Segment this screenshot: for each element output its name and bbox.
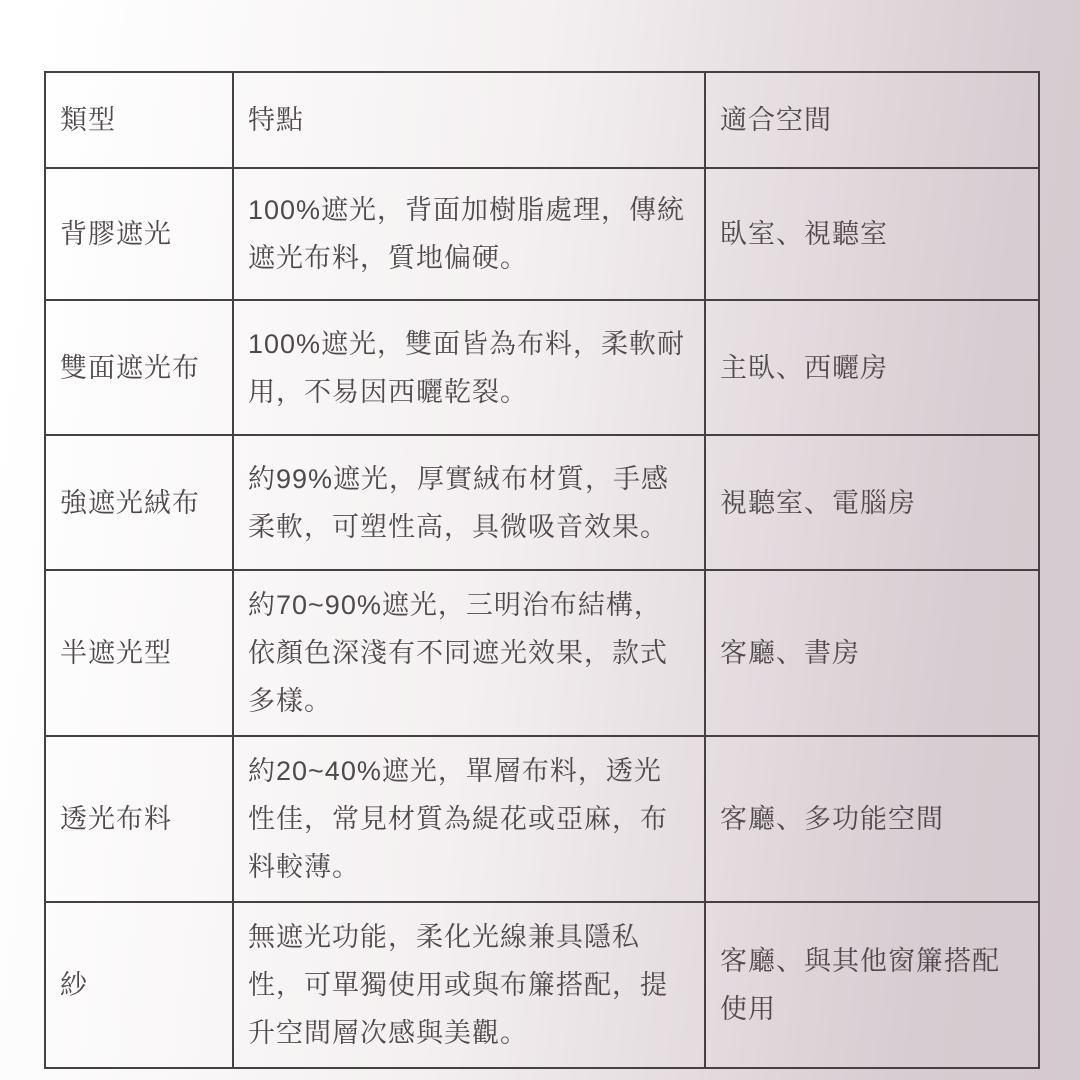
spaces-cell: 客廳、書房	[705, 570, 1039, 736]
features-cell: 約20~40%遮光，單層布料，透光性佳，常見材質為緹花或亞麻，布料較薄。	[233, 736, 705, 902]
type-cell: 背膠遮光	[45, 168, 233, 300]
spaces-cell: 客廳、多功能空間	[705, 736, 1039, 902]
type-cell: 強遮光絨布	[45, 435, 233, 570]
spaces-cell: 客廳、與其他窗簾搭配使用	[705, 902, 1039, 1068]
features-cell: 100%遮光，背面加樹脂處理，傳統遮光布料，質地偏硬。	[233, 168, 705, 300]
header-cell-spaces: 適合空間	[705, 72, 1039, 168]
type-cell: 透光布料	[45, 736, 233, 902]
type-cell: 雙面遮光布	[45, 300, 233, 435]
table-row: 透光布料 約20~40%遮光，單層布料，透光性佳，常見材質為緹花或亞麻，布料較薄…	[45, 736, 1039, 902]
features-cell: 約70~90%遮光，三明治布結構，依顏色深淺有不同遮光效果，款式多樣。	[233, 570, 705, 736]
header-cell-features: 特點	[233, 72, 705, 168]
spaces-cell: 臥室、視聽室	[705, 168, 1039, 300]
table-row: 強遮光絨布 約99%遮光，厚實絨布材質，手感柔軟，可塑性高，具微吸音效果。 視聽…	[45, 435, 1039, 570]
curtain-fabric-comparison-table: 類型 特點 適合空間 背膠遮光 100%遮光，背面加樹脂處理，傳統遮光布料，質地…	[44, 71, 1040, 1069]
spaces-cell: 視聽室、電腦房	[705, 435, 1039, 570]
features-cell: 100%遮光，雙面皆為布料，柔軟耐用，不易因西曬乾裂。	[233, 300, 705, 435]
table-row: 雙面遮光布 100%遮光，雙面皆為布料，柔軟耐用，不易因西曬乾裂。 主臥、西曬房	[45, 300, 1039, 435]
spaces-cell: 主臥、西曬房	[705, 300, 1039, 435]
table-row: 半遮光型 約70~90%遮光，三明治布結構，依顏色深淺有不同遮光效果，款式多樣。…	[45, 570, 1039, 736]
type-cell: 半遮光型	[45, 570, 233, 736]
table-row: 紗 無遮光功能，柔化光線兼具隱私性，可單獨使用或與布簾搭配，提升空間層次感與美觀…	[45, 902, 1039, 1068]
table-row: 背膠遮光 100%遮光，背面加樹脂處理，傳統遮光布料，質地偏硬。 臥室、視聽室	[45, 168, 1039, 300]
type-cell: 紗	[45, 902, 233, 1068]
features-cell: 約99%遮光，厚實絨布材質，手感柔軟，可塑性高，具微吸音效果。	[233, 435, 705, 570]
features-cell: 無遮光功能，柔化光線兼具隱私性，可單獨使用或與布簾搭配，提升空間層次感與美觀。	[233, 902, 705, 1068]
header-cell-type: 類型	[45, 72, 233, 168]
table-header-row: 類型 特點 適合空間	[45, 72, 1039, 168]
